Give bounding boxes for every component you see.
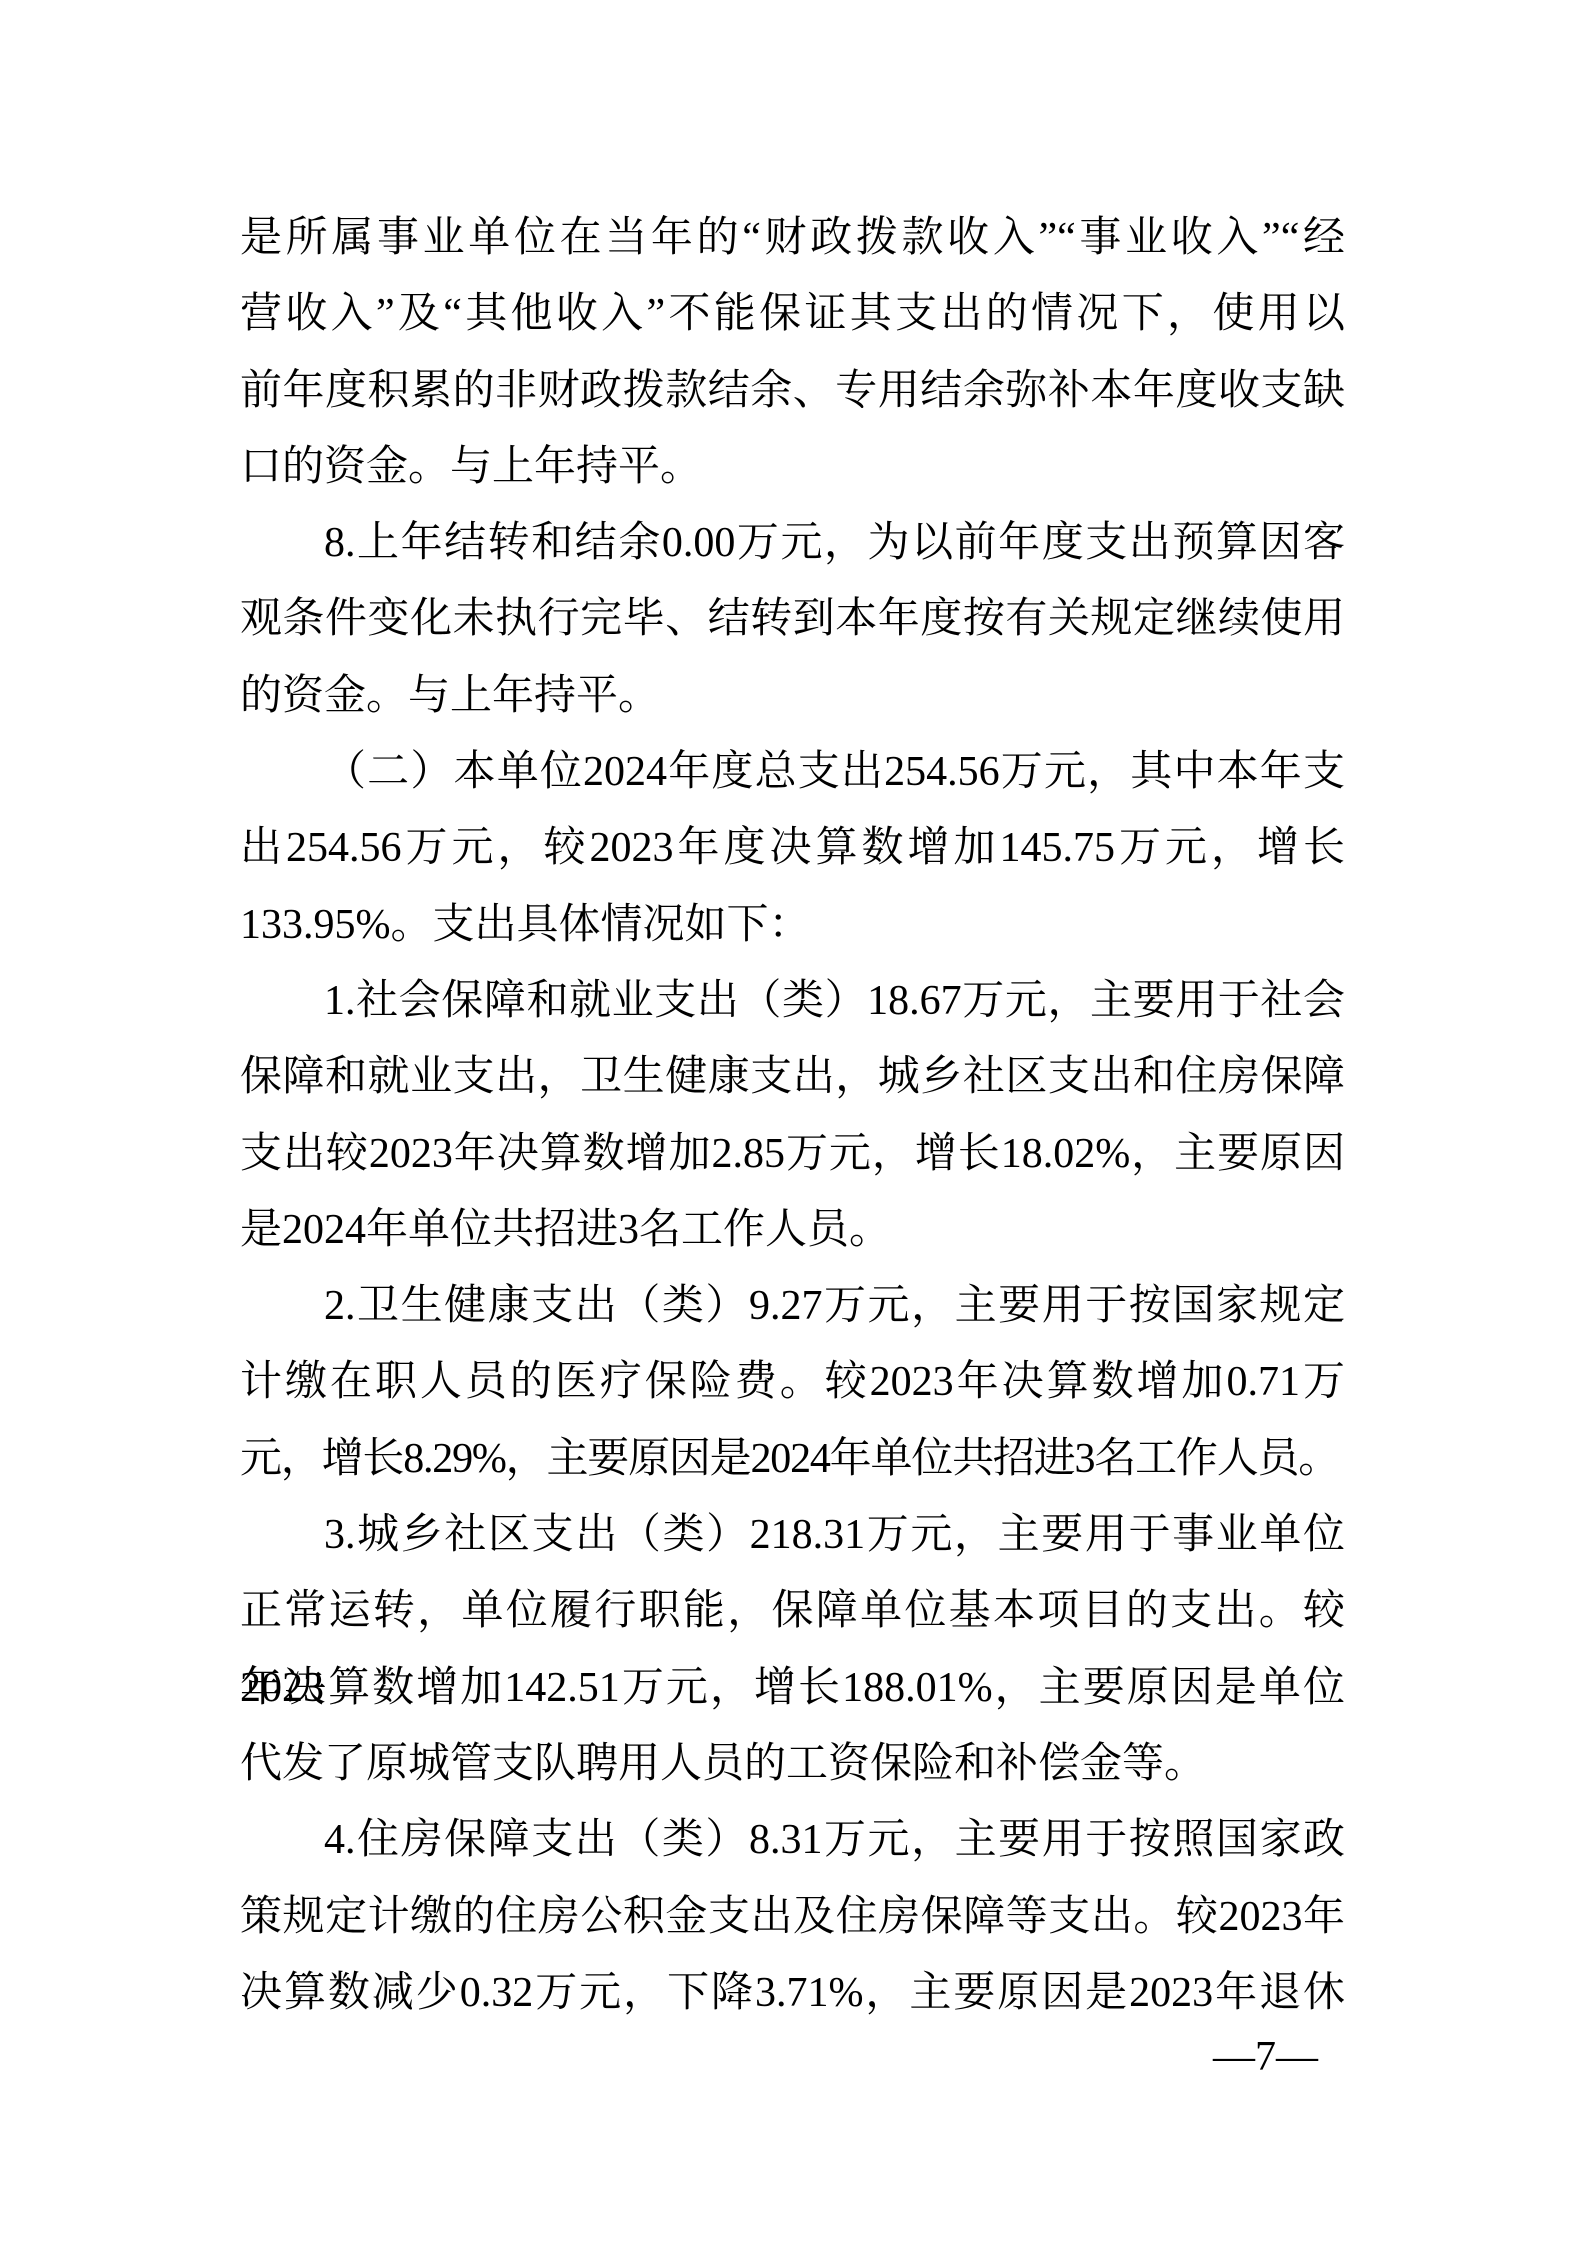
body-line: 计缴在职人员的医疗保险费。较2023年决算数增加0.71万 [240, 1344, 1345, 1420]
body-line: 策规定计缴的住房公积金支出及住房保障等支出。较2023年 [240, 1879, 1345, 1955]
document-page: 是所属事业单位在当年的“财政拨款收入”“事业收入”“经 营收入”及“其他收入”不… [0, 0, 1587, 2245]
body-line: 正常运转，单位履行职能，保障单位基本项目的支出。较2023 [240, 1573, 1345, 1649]
body-line: 决算数减少0.32万元，下降3.71%，主要原因是2023年退休 [240, 1955, 1345, 2031]
body-line: 前年度积累的非财政拨款结余、专用结余弥补本年度收支缺 [240, 353, 1345, 429]
body-line: 133.95%。支出具体情况如下： [240, 887, 1345, 963]
body-line: 元，增长8.29%，主要原因是2024年单位共招进3名工作人员。 [240, 1421, 1345, 1497]
body-line: 3.城乡社区支出（类）218.31万元，主要用于事业单位 [240, 1497, 1345, 1573]
body-line: 2.卫生健康支出（类）9.27万元，主要用于按国家规定 [240, 1268, 1345, 1344]
body-line: （二）本单位2024年度总支出254.56万元，其中本年支 [240, 734, 1345, 810]
body-line: 口的资金。与上年持平。 [240, 429, 1345, 505]
body-line: 营收入”及“其他收入”不能保证其支出的情况下，使用以 [240, 276, 1345, 352]
body-line: 4.住房保障支出（类）8.31万元，主要用于按照国家政 [240, 1802, 1345, 1878]
body-line: 观条件变化未执行完毕、结转到本年度按有关规定继续使用 [240, 581, 1345, 657]
body-line: 出254.56万元，较2023年度决算数增加145.75万元，增长 [240, 810, 1345, 886]
body-line: 是2024年单位共招进3名工作人员。 [240, 1192, 1345, 1268]
body-line: 保障和就业支出，卫生健康支出，城乡社区支出和住房保障 [240, 1039, 1345, 1115]
document-body: 是所属事业单位在当年的“财政拨款收入”“事业收入”“经 营收入”及“其他收入”不… [240, 200, 1345, 2031]
body-line: 支出较2023年决算数增加2.85万元，增长18.02%，主要原因 [240, 1116, 1345, 1192]
body-line: 的资金。与上年持平。 [240, 658, 1345, 734]
body-line: 是所属事业单位在当年的“财政拨款收入”“事业收入”“经 [240, 200, 1345, 276]
body-line: 代发了原城管支队聘用人员的工资保险和补偿金等。 [240, 1726, 1345, 1802]
page-number: —7— [1213, 2036, 1318, 2078]
body-line: 1.社会保障和就业支出（类）18.67万元，主要用于社会 [240, 963, 1345, 1039]
body-line: 8.上年结转和结余0.00万元，为以前年度支出预算因客 [240, 505, 1345, 581]
body-line: 年决算数增加142.51万元，增长188.01%，主要原因是单位 [240, 1650, 1345, 1726]
